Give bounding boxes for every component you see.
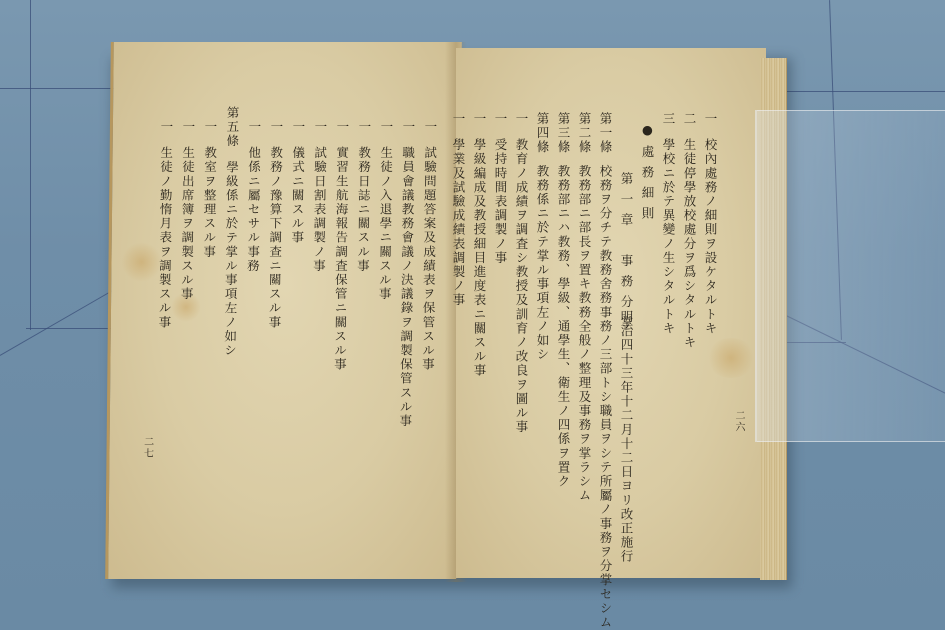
duty-item: 一教務ノ豫算下調查ニ關スル事 [267,120,283,329]
duty-item: 一職員會議教務會議ノ決議錄ヲ調製保管スル事 [398,120,415,428]
article: 第二條教務部ニ部長ヲ置キ教務全般ノ整理及事務ヲ掌ラシム [577,112,591,503]
duty-item: 一教室ヲ整理スル事 [202,120,217,259]
mat-grid-line [786,91,945,92]
duty-item: 一生徒ノ勤惰月表ヲ調製スル事 [157,120,173,329]
right-page: 一校內處務ノ細則ヲ設ケタルトキ 二生徒停學放校處分ヲ爲シタルトキ 三學校ニ於テ異… [456,48,766,578]
duty-item: 一試驗日割表調製ノ事 [311,120,327,273]
numbered-item: 一校內處務ノ細則ヲ設ケタルトキ [703,112,717,336]
duty-item: 一試驗問題答案及成績表ヲ保管スル事 [420,120,437,372]
section-title: ●處務細則 [640,122,654,227]
duty-item: 一學業及試驗成績表調製ノ事 [451,112,465,307]
duty-item: 一實習生航海報告調査保管ニ關スル事 [332,120,349,372]
page-number: 二七 [139,436,153,459]
duty-item: 一生徒出席簿ヲ調製スル事 [179,120,195,301]
duty-item: 一受持時間表調製ノ事 [493,112,507,265]
duty-item: 一學級編成及教授細目進度表ニ關スル事 [472,112,486,378]
paper-stain [706,338,756,378]
duty-item: 一教務日誌ニ關スル事 [355,120,371,273]
article: 第四條教務係ニ於テ掌ル事項左ノ如シ [535,112,549,362]
article: 第三條教務部ニハ教務、學級、通學生、衛生ノ四係ヲ置ク [556,112,570,489]
numbered-item: 二生徒停學放校處分ヲ爲シタルトキ [682,112,696,350]
article-5: 第五條學級係ニ於テ掌ル事項左ノ如シ [223,106,240,358]
mat-grid-line [30,0,31,330]
paper-stain [121,242,161,282]
duty-item: 一教育ノ成績ヲ調査シ教授及訓育ノ改良ヲ圖ル事 [514,112,528,434]
article: 第一條校務ヲ分チテ教務舍務事務ノ三部トシ職員ヲシテ所屬ノ事務ヲ分掌セシム [598,112,612,630]
duty-item: 一儀式ニ關スル事 [290,120,305,245]
numbered-item: 三學校ニ於テ異變ノ生シタルトキ [661,112,675,336]
left-page: 一試驗問題答案及成績表ヲ保管スル事 一職員會議教務會議ノ決議錄ヲ調製保管スル事 … [105,42,462,579]
duty-item: 一生徒ノ入退學ニ關スル事 [377,120,393,301]
acrylic-sheet [755,110,945,442]
mat-grid-line [26,328,116,329]
mat-grid-line [0,290,113,356]
enacted-note: 明治四十三年十二月十二日ヨリ改正施行 [619,310,633,564]
duty-item: 一他係ニ屬セサル事務 [245,120,261,273]
page-number: 二六 [731,410,745,433]
